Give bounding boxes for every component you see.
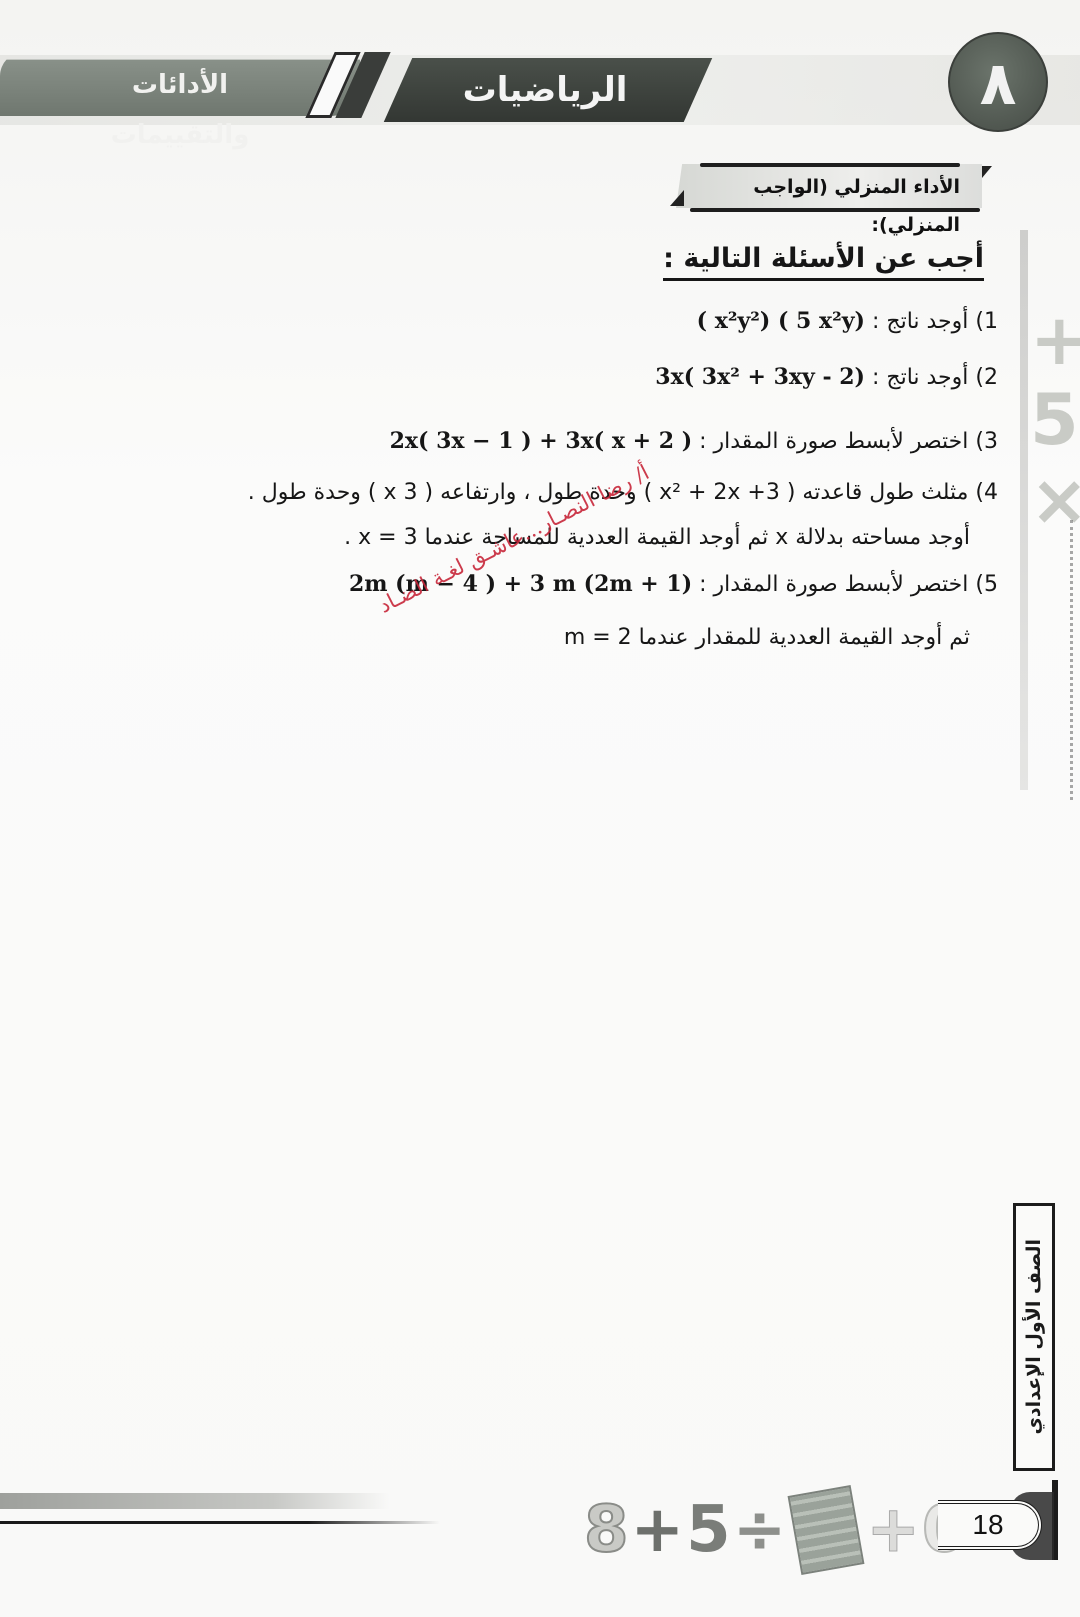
plus-icon: +	[866, 1495, 920, 1565]
digit-8-icon: 8	[584, 1495, 629, 1565]
ribbon-corner-right	[982, 166, 992, 178]
question-number: 4)	[975, 480, 998, 505]
header-section-label: الأدائات والتقييمات	[60, 60, 300, 110]
question-text: اختصر لأبسط صورة المقدار :	[692, 572, 968, 597]
margin-dotted-line	[1070, 520, 1073, 800]
question-number: 1)	[975, 309, 998, 334]
footer-math-decoration: 8 + 5 ÷ + 0	[584, 1490, 966, 1570]
subject-title: الرياضيات	[420, 60, 670, 120]
unit-number-badge: ٨	[948, 32, 1048, 132]
question-number: 3)	[975, 429, 998, 454]
question-3: 3) اختصر لأبسط صورة المقدار : 2x( 3x − 1…	[390, 425, 998, 458]
margin-bar	[1020, 230, 1028, 790]
math-expression: 3x( 3x² + 3xy - 2)	[655, 364, 865, 390]
question-text: اختصر لأبسط صورة المقدار :	[692, 429, 968, 454]
question-number: 5)	[975, 572, 998, 597]
footer-rule	[0, 1521, 440, 1524]
question-4-continuation: أوجد مساحته بدلالة x ثم أوجد القيمة العد…	[344, 522, 970, 554]
question-2: 2) أوجد ناتج : 3x( 3x² + 3xy - 2)	[655, 361, 998, 394]
question-5-continuation: ثم أوجد القيمة العددية للمقدار عندما m =…	[564, 622, 970, 654]
digit-5-icon: 5	[686, 1495, 731, 1565]
question-text: أوجد ناتج :	[865, 309, 968, 334]
plus-icon: +	[631, 1495, 685, 1565]
math-expression: 2x( 3x − 1 ) + 3x( x + 2 )	[390, 428, 693, 454]
calculator-icon	[788, 1485, 865, 1575]
divide-icon: ÷	[733, 1495, 787, 1565]
page-number: 18	[938, 1500, 1042, 1550]
section-heading: الأداء المنزلي (الواجب المنزلي):	[690, 168, 970, 206]
question-text: ثم أوجد القيمة العددية للمقدار عندما m =…	[564, 625, 970, 650]
instructions-heading: أجب عن الأسئلة التالية :	[663, 242, 984, 281]
footer-band	[0, 1493, 390, 1509]
ribbon-rule-top	[700, 163, 960, 167]
question-text: أوجد ناتج :	[865, 365, 968, 390]
margin-math-decoration: +5×	[1030, 300, 1080, 540]
question-1: 1) أوجد ناتج : ( x²y²) ( 5 x²y)	[697, 305, 998, 338]
question-text: أوجد مساحته بدلالة x ثم أوجد القيمة العد…	[344, 525, 970, 550]
ribbon-corner-left	[670, 190, 684, 206]
grade-label: الصف الأول الإعدادي	[1023, 1239, 1045, 1434]
grade-label-box: الصف الأول الإعدادي	[1013, 1203, 1055, 1471]
math-expression: ( x²y²) ( 5 x²y)	[697, 308, 865, 334]
question-number: 2)	[975, 365, 998, 390]
